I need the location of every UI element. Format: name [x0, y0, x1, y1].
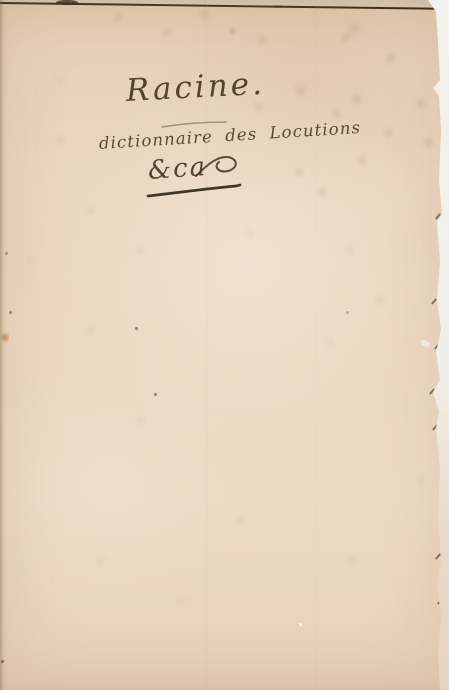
manuscript-page: Racine. dictionnaire des Locutions &ca [0, 0, 449, 690]
page-vignette [0, 0, 449, 690]
scan-background: Racine. dictionnaire des Locutions &ca [0, 0, 449, 690]
